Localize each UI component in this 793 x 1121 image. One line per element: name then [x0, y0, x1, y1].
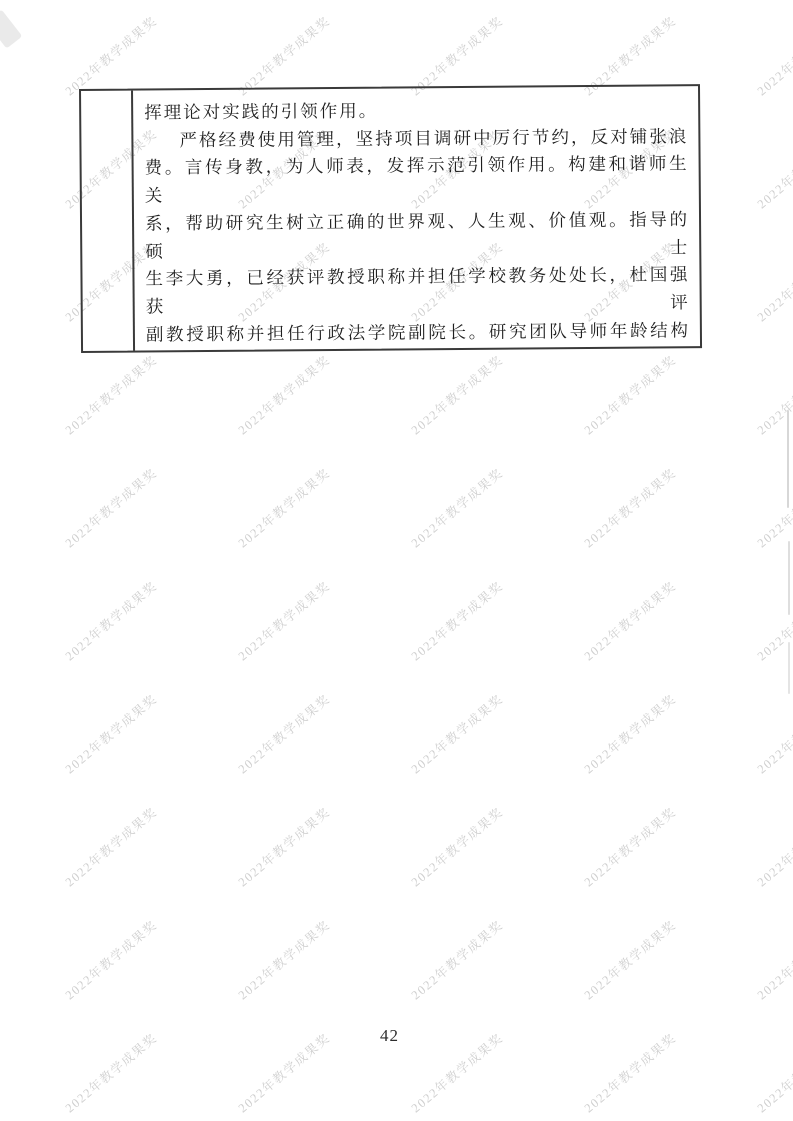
body-text-line: 挥理论对实践的引领作用。	[144, 95, 688, 127]
body-text-line: 副教授职称并担任行政法学院副院长。研究团队导师年龄结构合	[146, 317, 690, 351]
form-table: 挥理论对实践的引领作用。严格经费使用管理，坚持项目调研中厉行节约，反对铺张浪费。…	[79, 84, 702, 353]
watermark-text: 2022年教学成果奖	[61, 12, 161, 100]
watermark-text: 2022年教学成果奖	[407, 351, 507, 439]
watermark-text: 2022年教学成果奖	[234, 351, 334, 439]
watermark-text: 2022年教学成果奖	[753, 12, 793, 100]
watermark-text: 2022年教学成果奖	[61, 351, 161, 439]
watermark-text: 2022年教学成果奖	[234, 690, 334, 778]
scan-smudge	[0, 9, 22, 48]
body-text-line: 费。言传身教，为人师表，发挥示范引领作用。构建和谐师生关	[145, 151, 689, 211]
scan-edge-artifact	[788, 541, 790, 615]
scan-edge-artifact	[787, 410, 789, 508]
watermark-text: 2022年教学成果奖	[753, 238, 793, 326]
scanned-document-page: 2022年教学成果奖2022年教学成果奖2022年教学成果奖2022年教学成果奖…	[0, 0, 793, 1121]
scan-edge-artifact	[788, 642, 790, 694]
body-text-line: 系，帮助研究生树立正确的世界观、人生观、价值观。指导的硕士	[145, 206, 689, 266]
watermark-text: 2022年教学成果奖	[580, 690, 680, 778]
watermark-text: 2022年教学成果奖	[407, 577, 507, 665]
watermark-text: 2022年教学成果奖	[753, 916, 793, 1004]
watermark-text: 2022年教学成果奖	[234, 464, 334, 552]
table-content-cell: 挥理论对实践的引领作用。严格经费使用管理，坚持项目调研中厉行节约，反对铺张浪费。…	[133, 86, 700, 350]
watermark-text: 2022年教学成果奖	[753, 690, 793, 778]
watermark-text: 2022年教学成果奖	[61, 690, 161, 778]
watermark-text: 2022年教学成果奖	[61, 577, 161, 665]
watermark-text: 2022年教学成果奖	[234, 577, 334, 665]
watermark-text: 2022年教学成果奖	[407, 690, 507, 778]
watermark-text: 2022年教学成果奖	[407, 464, 507, 552]
watermark-text: 2022年教学成果奖	[580, 464, 680, 552]
watermark-text: 2022年教学成果奖	[407, 803, 507, 891]
watermark-text: 2022年教学成果奖	[407, 916, 507, 1004]
watermark-text: 2022年教学成果奖	[61, 464, 161, 552]
watermark-text: 2022年教学成果奖	[580, 577, 680, 665]
watermark-text: 2022年教学成果奖	[234, 803, 334, 891]
watermark-text: 2022年教学成果奖	[580, 351, 680, 439]
table-label-column	[81, 91, 135, 351]
watermark-text: 2022年教学成果奖	[580, 916, 680, 1004]
watermark-text: 2022年教学成果奖	[580, 803, 680, 891]
watermark-text: 2022年教学成果奖	[61, 916, 161, 1004]
watermark-text: 2022年教学成果奖	[753, 803, 793, 891]
body-text-line: 生李大勇，已经获评教授职称并担任学校教务处处长，杜国强获评	[145, 261, 689, 321]
watermark-text: 2022年教学成果奖	[234, 916, 334, 1004]
watermark-text: 2022年教学成果奖	[753, 125, 793, 213]
page-number: 42	[0, 1026, 779, 1046]
watermark-text: 2022年教学成果奖	[61, 803, 161, 891]
body-text-line: 严格经费使用管理，坚持项目调研中厉行节约，反对铺张浪	[144, 123, 688, 155]
